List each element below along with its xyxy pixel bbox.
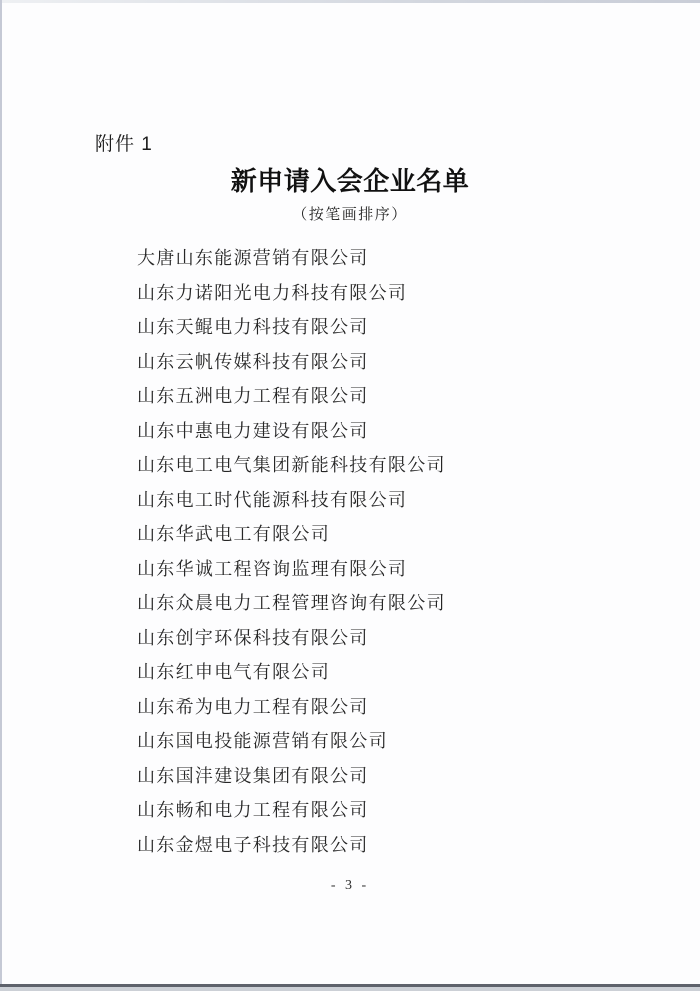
company-list-item: 山东电工时代能源科技有限公司 bbox=[137, 483, 660, 518]
company-list-item: 山东希为电力工程有限公司 bbox=[137, 690, 660, 725]
company-list-item: 山东天鲲电力科技有限公司 bbox=[137, 310, 660, 345]
scan-edge-left bbox=[0, 0, 2, 991]
company-list-item: 山东红申电气有限公司 bbox=[137, 655, 660, 690]
attachment-label: 附件 1 bbox=[95, 129, 153, 156]
scan-edge-bottom-shadow bbox=[0, 987, 700, 991]
document-subtitle: （按笔画排序） bbox=[0, 203, 700, 224]
company-list-item: 山东华诚工程咨询监理有限公司 bbox=[137, 552, 660, 587]
company-list: 大唐山东能源营销有限公司山东力诺阳光电力科技有限公司山东天鲲电力科技有限公司山东… bbox=[137, 241, 660, 862]
company-list-item: 山东中惠电力建设有限公司 bbox=[137, 414, 660, 449]
company-list-item: 山东众晨电力工程管理咨询有限公司 bbox=[137, 586, 660, 621]
company-list-item: 山东国电投能源营销有限公司 bbox=[137, 724, 660, 759]
company-list-item: 山东华武电工有限公司 bbox=[137, 517, 660, 552]
company-list-item: 山东力诺阳光电力科技有限公司 bbox=[137, 276, 660, 311]
company-list-item: 山东畅和电力工程有限公司 bbox=[137, 793, 660, 828]
scanned-document-page: 附件 1 新申请入会企业名单 （按笔画排序） 大唐山东能源营销有限公司山东力诺阳… bbox=[0, 0, 700, 991]
page-number: - 3 - bbox=[0, 878, 700, 894]
company-list-item: 山东电工电气集团新能科技有限公司 bbox=[137, 448, 660, 483]
company-list-item: 山东金煜电子科技有限公司 bbox=[137, 828, 660, 863]
scan-edge-top bbox=[0, 0, 700, 3]
company-list-item: 大唐山东能源营销有限公司 bbox=[137, 241, 660, 276]
company-list-item: 山东创宇环保科技有限公司 bbox=[137, 621, 660, 656]
document-title: 新申请入会企业名单 bbox=[0, 161, 700, 198]
company-list-item: 山东云帆传媒科技有限公司 bbox=[137, 345, 660, 380]
company-list-item: 山东国沣建设集团有限公司 bbox=[137, 759, 660, 794]
company-list-item: 山东五洲电力工程有限公司 bbox=[137, 379, 660, 414]
